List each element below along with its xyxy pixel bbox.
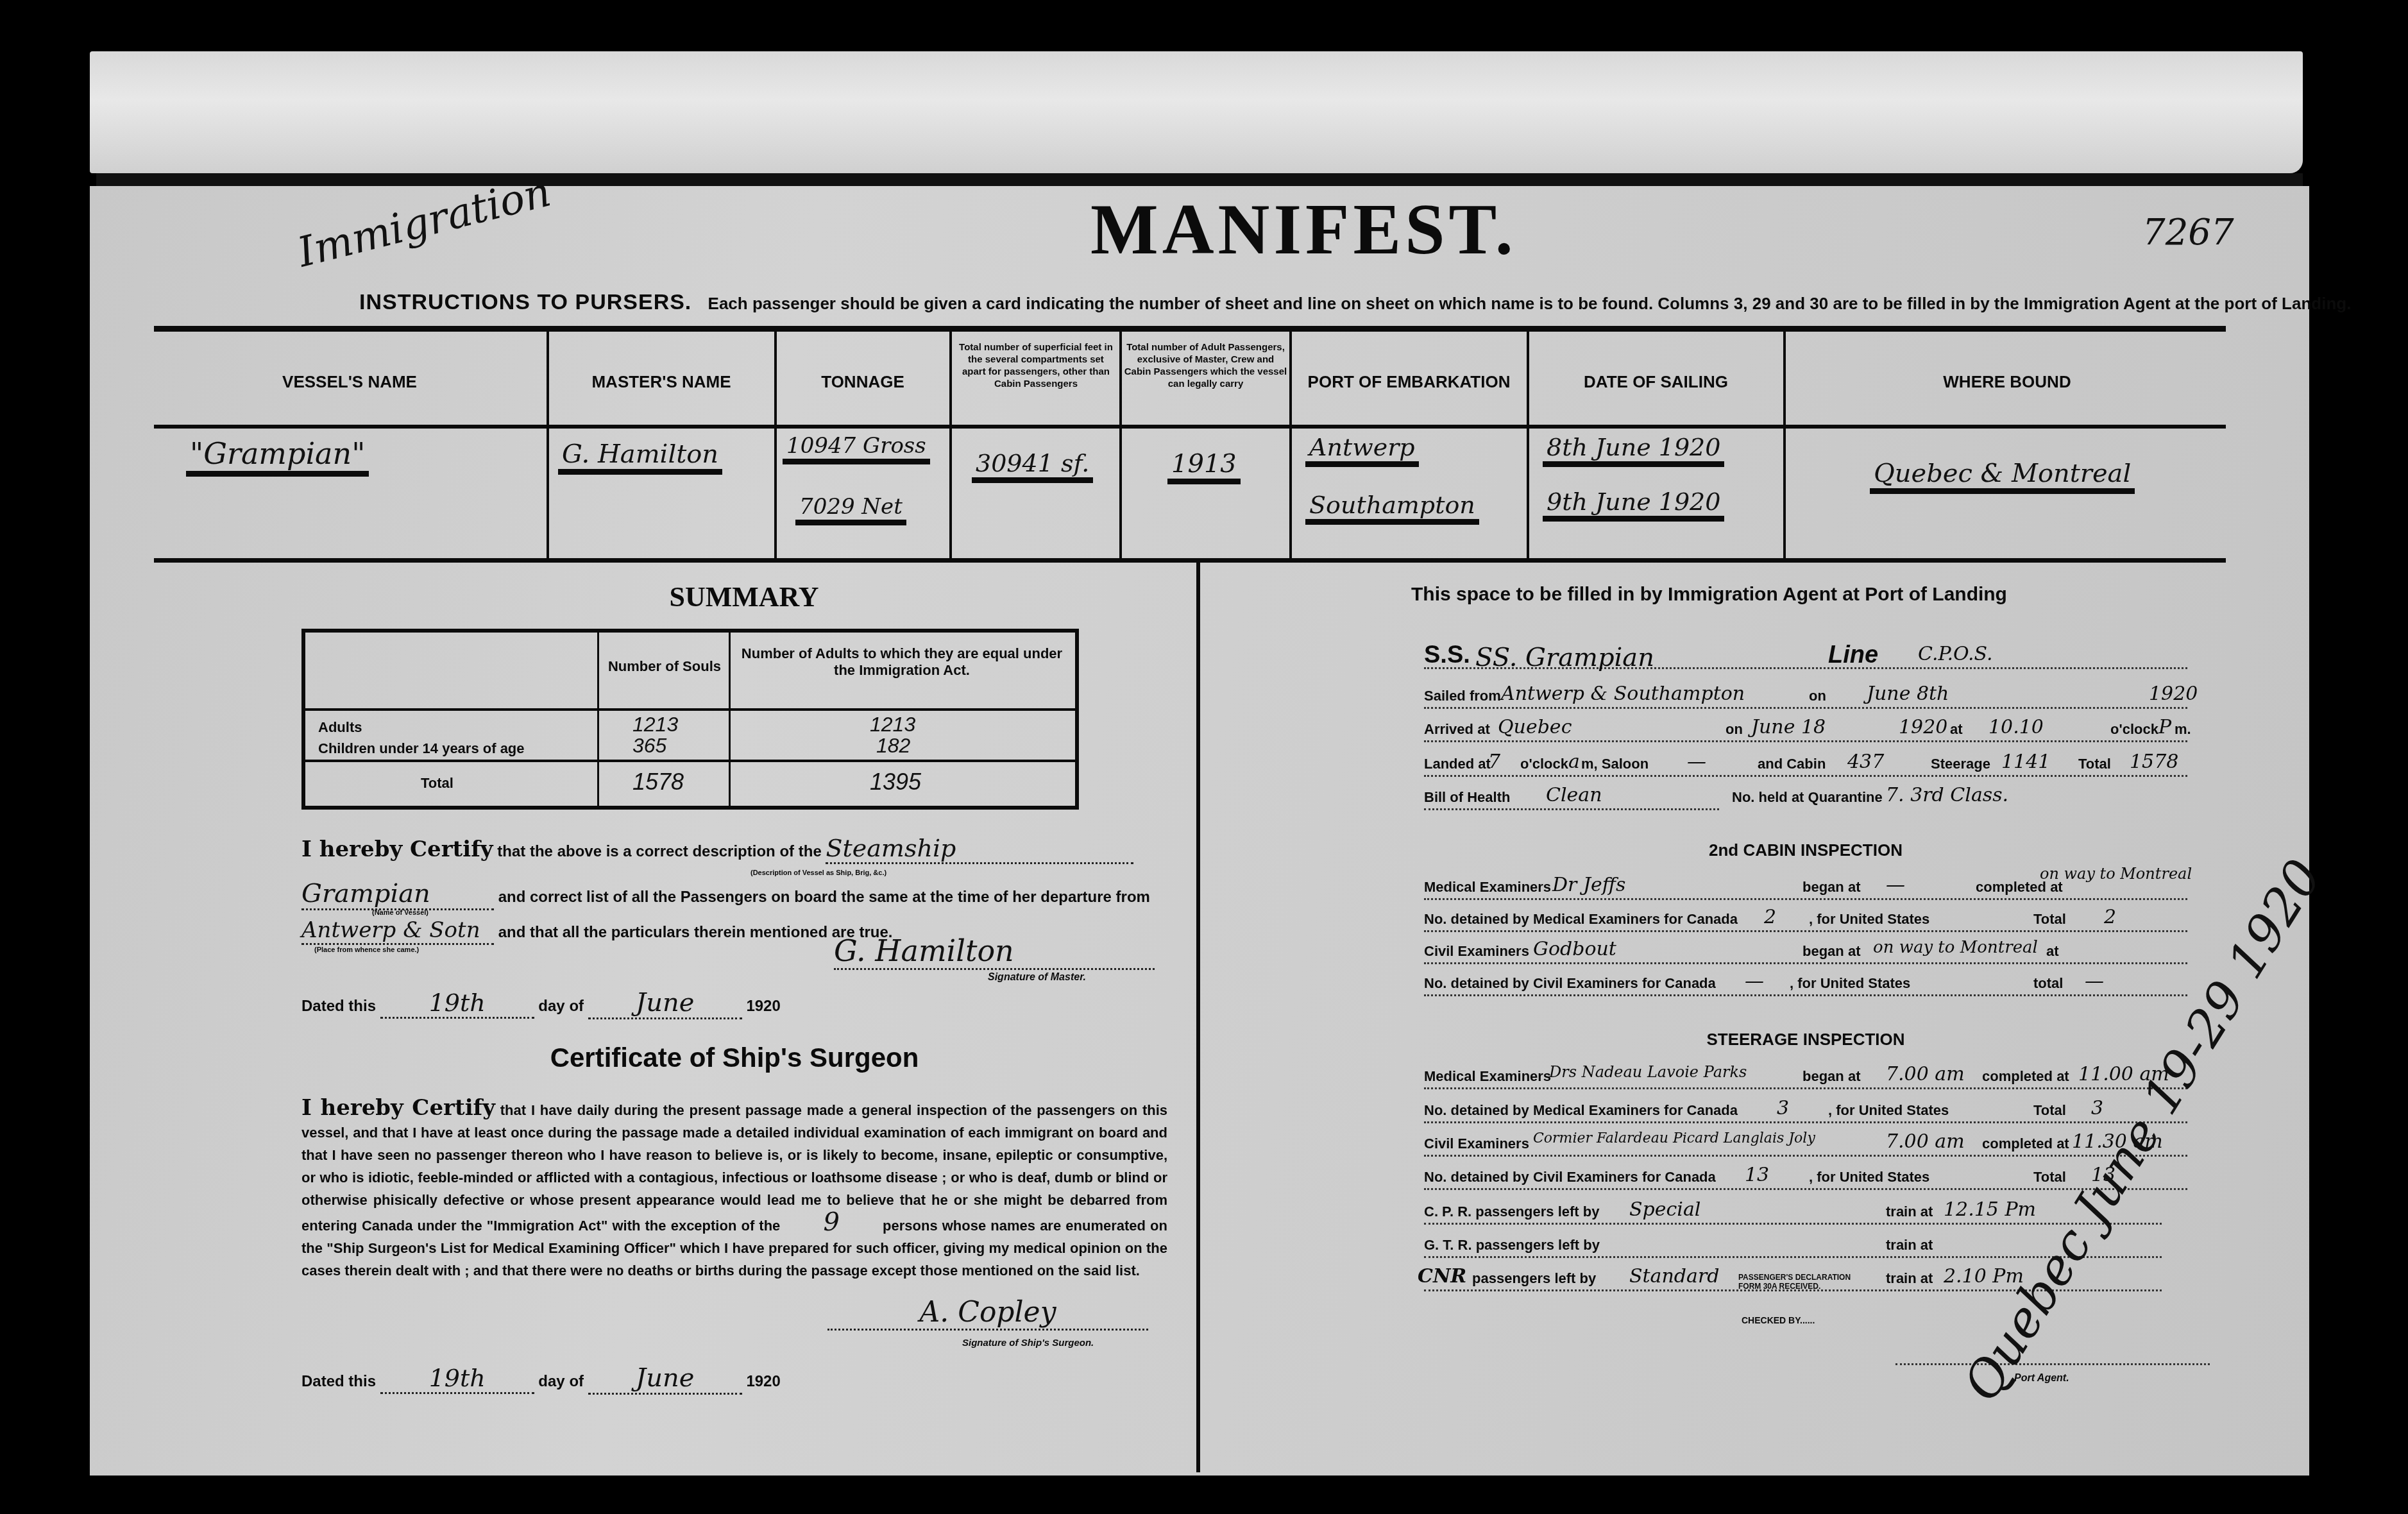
surgeon-cert-lead: I hereby Certify (301, 1095, 495, 1121)
ss-value: SS. Grampian (1475, 643, 1654, 672)
civil-label: Civil Examiners (1424, 1135, 1529, 1152)
line-label: Line (1828, 642, 1878, 669)
surgeon-month-value: June (588, 1363, 742, 1395)
table-bottom-rule (154, 558, 2226, 563)
medical-label: Medical Examiners (1424, 879, 1551, 896)
date-2-value: 9th June 1920 (1543, 488, 1724, 522)
place-caption: (Place from whence she came.) (314, 946, 419, 954)
header-vessel-name: VESSEL'S NAME (154, 372, 545, 392)
arrived-value: Quebec (1498, 716, 1572, 738)
civil-began-label: began at (1802, 943, 1860, 960)
col-divider (547, 328, 549, 561)
completed-label: completed at (1982, 1068, 2069, 1085)
cabin-det-civ-total: — (2085, 970, 2104, 992)
header-date-sailing: DATE OF SAILING (1529, 372, 1783, 392)
detained-medical-label: No. detained by Medical Examiners for Ca… (1424, 1102, 1738, 1119)
sailed-from-value: Antwerp & Southampton (1501, 683, 1745, 705)
vessel-name-caption: (Name of Vessel) (372, 909, 428, 917)
bill-label: Bill of Health (1424, 789, 1510, 806)
vessel-name-handwritten: Grampian (301, 879, 494, 910)
cnr-value: Standard (1629, 1265, 1719, 1288)
port-2-value: Southampton (1305, 491, 1479, 525)
steerage-civil-began-value: 7.00 am (1886, 1130, 1965, 1153)
col-divider (949, 328, 952, 561)
master-cert-text1: that the above is a correct description … (497, 843, 821, 860)
cnr-label: passengers left by (1472, 1270, 1596, 1287)
arrived-on-label: on (1725, 721, 1743, 738)
steerage-medical-value: Drs Nadeau Lavoie Parks (1549, 1063, 1747, 1081)
cabin-det-civ-canada: — (1745, 970, 1764, 992)
master-signature-caption: Signature of Master. (988, 972, 1086, 983)
train-at-label: train at (1886, 1204, 1933, 1220)
total-label: Total (2033, 1169, 2066, 1186)
arrived-meridiem: P (2158, 716, 2171, 738)
landed-label: Landed at (1424, 756, 1491, 772)
cabin-label: and Cabin (1758, 756, 1826, 772)
steerage-label: Steerage (1931, 756, 1990, 772)
agent-section-title: This space to be filled in by Immigratio… (1328, 584, 2309, 606)
steerage-det-med-total: 3 (2091, 1097, 2103, 1119)
summary-table: Number of Souls Number of Adults to whic… (301, 629, 1079, 810)
gtr-label: G. T. R. passengers left by (1424, 1237, 1600, 1254)
landed-oclock: o'clock (1520, 756, 1568, 772)
manifest-sheet: Immigration MANIFEST. 7267 INSTRUCTIONS … (90, 186, 2309, 1476)
steerage-civil-value: Cormier Falardeau Picard Langlais Joly (1533, 1130, 1815, 1146)
surgeon-cert-title: Certificate of Ship's Surgeon (301, 1042, 1167, 1073)
line-value: C.P.O.S. (1918, 643, 1992, 665)
began-label: began at (1802, 1068, 1860, 1085)
cabin-det-med-total: 2 (2104, 906, 2116, 928)
tonnage-net-value: 7029 Net (795, 494, 906, 525)
train-at-label: train at (1886, 1237, 1933, 1254)
cabin-value: 437 (1847, 751, 1884, 773)
arrived-label: Arrived at (1424, 721, 1490, 738)
page-title: MANIFEST. (1090, 189, 1517, 271)
bill-value: Clean (1546, 784, 1602, 806)
oclock-label: o'clock (2110, 721, 2158, 738)
diagonal-date-note: Quebec June 19-29 1920 (1953, 850, 2333, 1411)
vessel-name-value: "Grampian" (186, 436, 369, 477)
instructions: INSTRUCTIONS TO PURSERS. Each passenger … (359, 290, 2351, 315)
detained-civil-label: No. detained by Civil Examiners for Cana… (1424, 1169, 1716, 1186)
arrived-at-label: at (1950, 721, 1963, 738)
master-name-value: G. Hamilton (558, 439, 722, 475)
surgeon-cert-text-before: that I have daily during the present pas… (301, 1102, 1167, 1234)
tonnage-gross-value: 10947 Gross (783, 433, 930, 464)
col-divider (1783, 328, 1786, 561)
day-of-label: day of (538, 998, 584, 1015)
header-superficial-feet: Total number of superficial feet in the … (956, 341, 1116, 390)
checked-by: CHECKED BY...... (1742, 1315, 1815, 1341)
began-label: began at (1802, 879, 1860, 896)
completed-label: completed at (1982, 1135, 2069, 1152)
total-label: total (2033, 975, 2063, 992)
header-port-embarkation: PORT OF EMBARKATION (1292, 372, 1526, 392)
folded-paper-strip (90, 51, 2303, 173)
col-souls-header: Number of Souls (607, 658, 722, 675)
sailed-from-label: Sailed from (1424, 688, 1501, 704)
steerage-value: 1141 (2001, 751, 2050, 773)
us-label: , for United States (1828, 1102, 1949, 1119)
row-total-equal: 1395 (870, 769, 1075, 795)
steerage-began-value: 7.00 am (1886, 1063, 1965, 1085)
steerage-inspection-title: STEERAGE INSPECTION (1424, 1030, 2187, 1050)
cpr-label: C. P. R. passengers left by (1424, 1204, 1599, 1220)
surgeon-dated-line: Dated this 19th day of June 1920 (301, 1363, 781, 1395)
col-divider (1289, 328, 1292, 561)
master-dated-line: Dated this 19th day of June 1920 (301, 988, 781, 1019)
total-value: 1578 (2130, 751, 2178, 773)
cabin-completed-value: on way to Montreal (2040, 865, 2192, 883)
declaration-stamp: PASSENGER'S DECLARATION FORM 30A RECEIVE… (1738, 1273, 1867, 1291)
saloon-label: m, Saloon (1581, 756, 1649, 772)
arrived-year: 1920 (1899, 716, 1947, 738)
instructions-lead: INSTRUCTIONS TO PURSERS. (359, 290, 691, 314)
surgeon-day-value: 19th (380, 1364, 534, 1394)
row-divider (305, 708, 1075, 711)
col-divider (1119, 328, 1122, 561)
detained-medical-label: No. detained by Medical Examiners for Ca… (1424, 911, 1738, 928)
col-divider (774, 328, 777, 561)
arrived-time: 10.10 (1988, 716, 2044, 738)
total-label: Total (2033, 911, 2066, 928)
sailed-on-label: on (1809, 688, 1826, 704)
surgeon-signature: A. Copley (827, 1296, 1148, 1331)
dated-label: Dated this (301, 998, 376, 1015)
surgeon-year-value: 1920 (746, 1373, 780, 1390)
cnr-prefix: CNR (1418, 1265, 1466, 1288)
cabin-began-value: — (1886, 874, 1905, 896)
port-1-value: Antwerp (1305, 433, 1419, 467)
row-divider (305, 760, 1075, 762)
cabin-civil-value: Godbout (1533, 938, 1616, 960)
date-1-value: 8th June 1920 (1543, 433, 1724, 467)
cpr-time: 12.15 Pm (1944, 1198, 2036, 1221)
saloon-value: — (1687, 751, 1706, 773)
center-divider (1196, 561, 1200, 1472)
quarantine-label: No. held at Quarantine (1732, 789, 1883, 806)
m-label: m. (2175, 721, 2191, 738)
train-at-label: train at (1886, 1270, 1933, 1287)
adult-passengers-value: 1913 (1167, 449, 1241, 484)
master-cert-lead: I hereby Certify (301, 837, 493, 862)
header-adult-passengers: Total number of Adult Passengers, exclus… (1124, 341, 1287, 390)
file-number: 7267 (2142, 212, 2234, 253)
header-master-name: MASTER'S NAME (549, 372, 774, 392)
row-adults-equal: 1213 (870, 713, 1075, 736)
surgeon-cert-body: I hereby Certify that I have daily durin… (301, 1097, 1167, 1282)
vessel-type-value: Steamship (826, 834, 1133, 864)
cabin-medical-value: Dr Jeffs (1552, 874, 1625, 896)
quarantine-value: 7. 3rd Class. (1886, 784, 2008, 806)
cabin-det-med-canada: 2 (1764, 906, 1776, 928)
surgeon-exceptions-count: 9 (784, 1207, 878, 1237)
sailed-on-value: June 8th (1867, 683, 1949, 705)
cpr-value: Special (1629, 1198, 1700, 1221)
master-year-value: 1920 (746, 998, 780, 1015)
ss-label: S.S. (1424, 642, 1470, 669)
vessel-type-caption: (Description of Vessel as Ship, Brig, &c… (750, 869, 886, 877)
fold-shadow (96, 173, 2303, 187)
steerage-det-med-canada: 3 (1777, 1097, 1789, 1119)
master-month-value: June (588, 988, 742, 1019)
row-children-equal: 182 (876, 734, 1075, 758)
place-value: Antwerp & Sotn (301, 917, 494, 945)
master-cert-line1: I hereby Certify that the above is a cor… (301, 834, 1133, 864)
col-adults-equal-header: Number of Adults to which they are equal… (738, 645, 1065, 679)
dated-label: Dated this (301, 1373, 376, 1390)
table-header-rule (154, 425, 2226, 429)
master-signature: G. Hamilton (834, 933, 1155, 970)
civil-at-label: at (2046, 943, 2059, 960)
civil-label: Civil Examiners (1424, 943, 1529, 960)
master-cert-line2: Grampian and correct list of all the Pas… (301, 879, 1150, 910)
header-where-bound: WHERE BOUND (1786, 372, 2228, 392)
arrived-on-value: June 18 (1751, 716, 1826, 738)
us-label: , for United States (1809, 1169, 1929, 1186)
table-top-rule (154, 326, 2226, 332)
us-label: , for United States (1790, 975, 1910, 992)
where-bound-value: Quebec & Montreal (1870, 459, 2135, 494)
master-cert-line3: Antwerp & Sotn and that all the particul… (301, 917, 892, 945)
header-tonnage: TONNAGE (777, 372, 949, 392)
total-label: Total (2033, 1102, 2066, 1119)
day-of-label: day of (538, 1373, 584, 1390)
master-day-value: 19th (380, 989, 534, 1019)
us-label: , for United States (1809, 911, 1929, 928)
col-divider (1527, 328, 1529, 561)
instructions-text: Each passenger should be given a card in… (708, 294, 2352, 313)
surgeon-signature-caption: Signature of Ship's Surgeon. (962, 1338, 1094, 1348)
cabin-inspection-title: 2nd CABIN INSPECTION (1424, 840, 2187, 860)
medical-label: Medical Examiners (1424, 1068, 1551, 1085)
cabin-civil-began-value: on way to Montreal (1873, 938, 2038, 957)
landed-time: 7 (1488, 751, 1500, 773)
sailed-year: 1920 (2149, 683, 2198, 705)
steerage-det-civ-canada: 13 (1745, 1164, 1769, 1186)
landed-meridiem: a (1568, 751, 1580, 773)
port-agent-line (1895, 1363, 2210, 1365)
master-cert-text2: and correct list of all the Passengers o… (498, 889, 1150, 906)
superficial-feet-value: 30941 sf. (972, 449, 1093, 483)
summary-title: SUMMARY (616, 581, 872, 613)
detained-civil-label: No. detained by Civil Examiners for Cana… (1424, 975, 1716, 992)
total-label: Total (2078, 756, 2111, 772)
